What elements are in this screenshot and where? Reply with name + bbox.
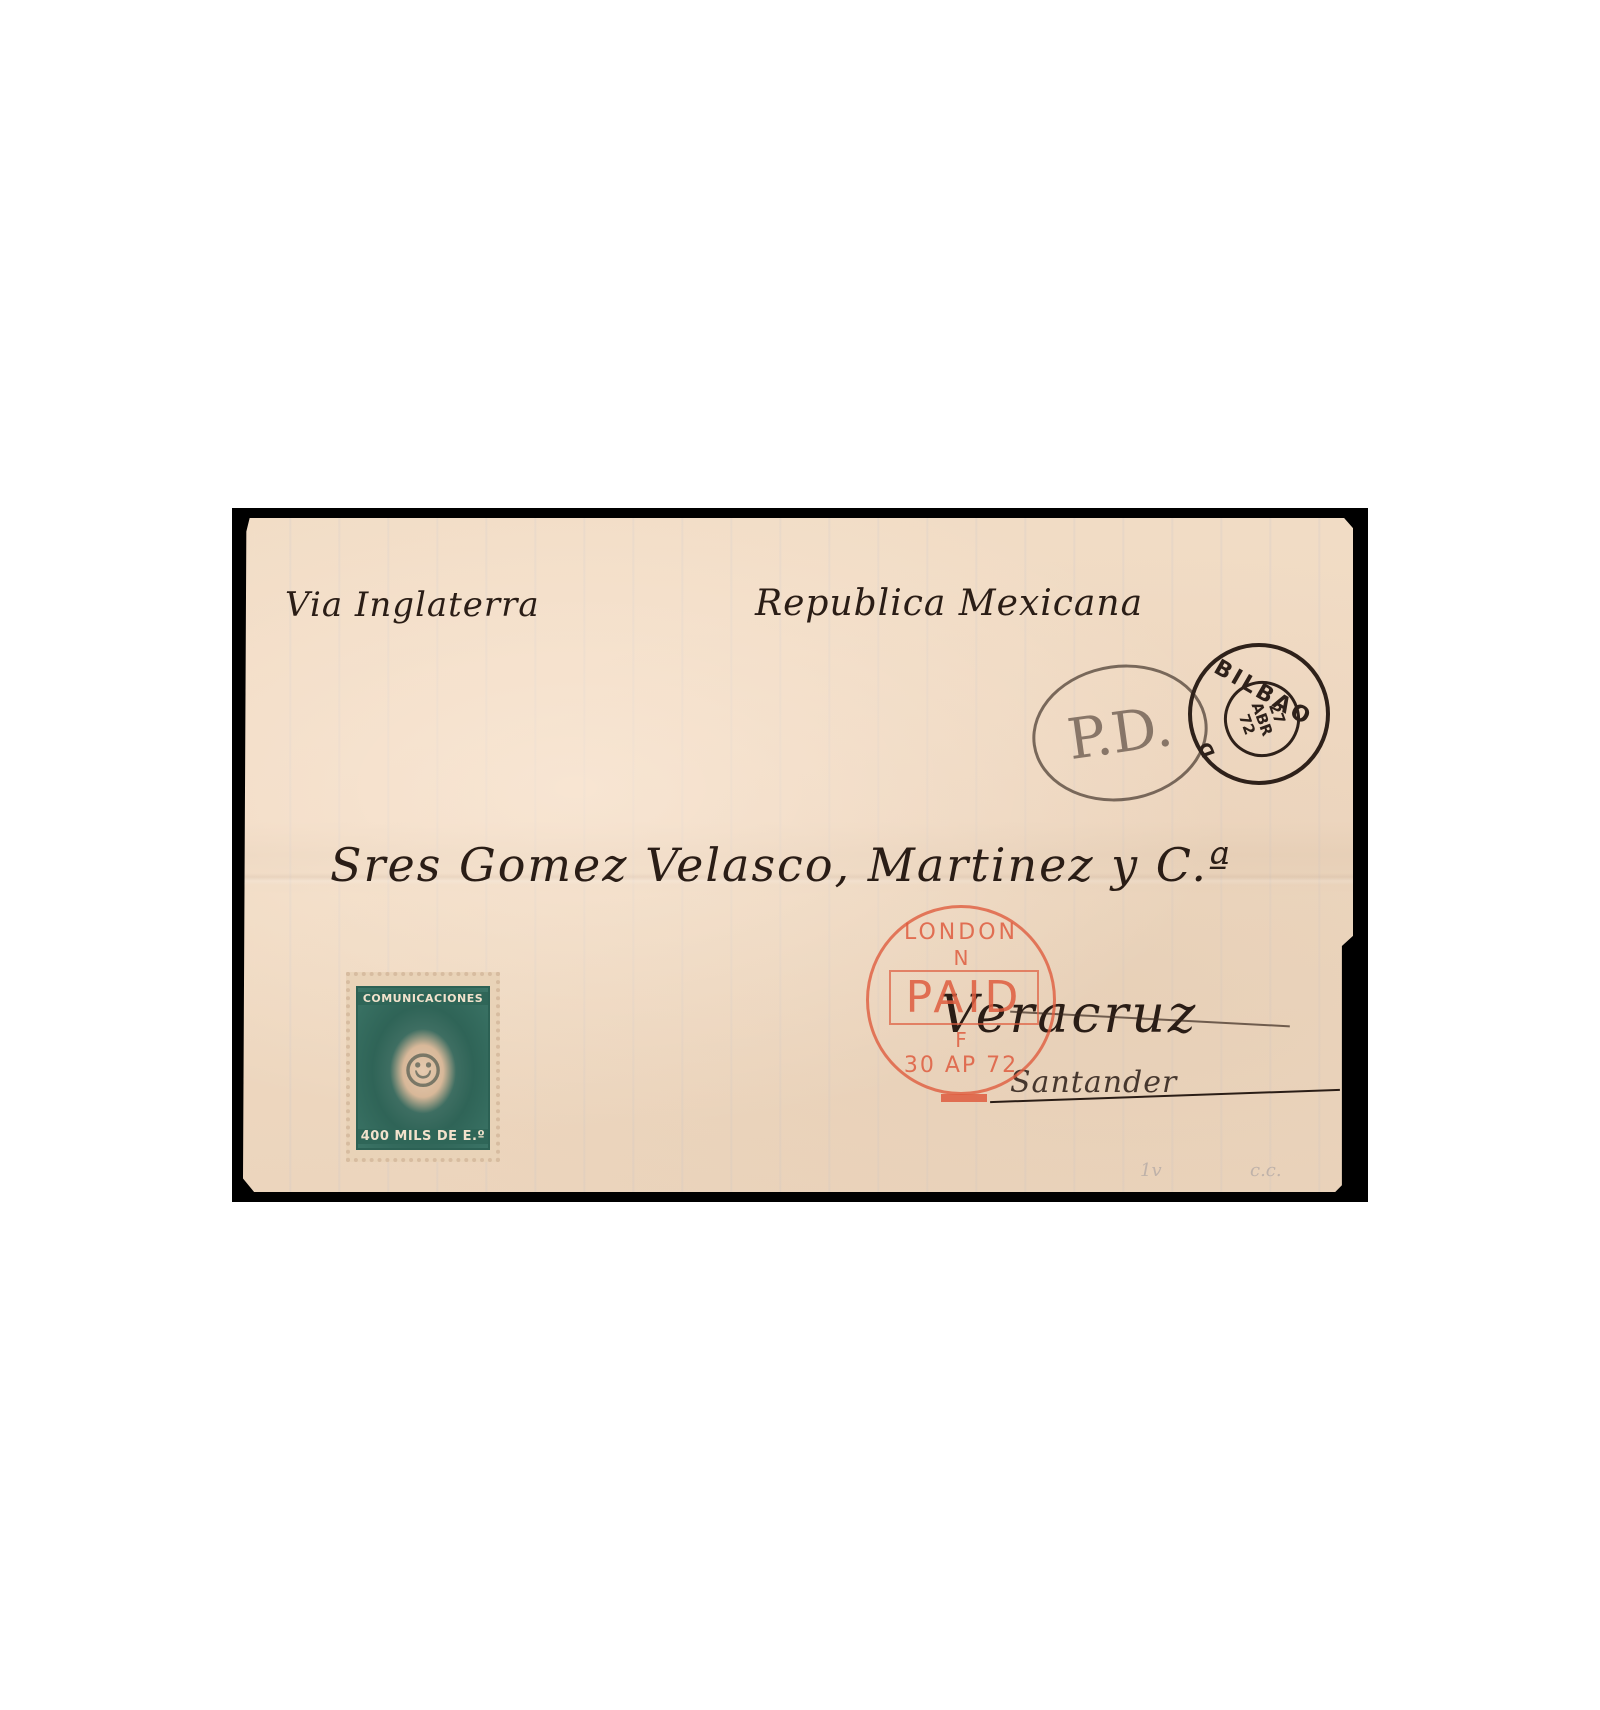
stamp-design: COMUNICACIONES ☺ 400 MILS DE E.º	[356, 986, 490, 1150]
stamp-value-text: 400 MILS DE E.º	[358, 1129, 488, 1144]
london-top-letter: N	[869, 946, 1053, 970]
stamp-top-text: COMUNICACIONES	[358, 992, 488, 1005]
destination-country: Republica Mexicana	[755, 583, 1143, 624]
routing-note: Via Inglaterra	[285, 585, 540, 625]
london-paid-box: PAID	[889, 970, 1039, 1025]
bilbao-datestamp: BILBAO 27 ABR 72 D	[1188, 643, 1330, 785]
pd-postmark-text: P.D.	[1064, 694, 1177, 773]
london-stamp-base	[941, 1094, 987, 1102]
london-paid-postmark: LONDON N PAID F 30 AP 72	[866, 905, 1056, 1095]
london-date: 30 AP 72	[869, 1053, 1053, 1078]
london-town: LONDON	[869, 920, 1053, 945]
allegory-head-icon: ☺	[402, 1044, 443, 1098]
postage-stamp: COMUNICACIONES ☺ 400 MILS DE E.º	[346, 972, 500, 1162]
faint-pencil-mark: c.c.	[1250, 1160, 1282, 1181]
bilbao-letter: D	[1195, 739, 1220, 760]
addressee-name: Sres Gomez Velasco, Martinez y C.ª	[330, 838, 1232, 892]
faint-pencil-mark: 1v	[1140, 1160, 1162, 1181]
london-bottom-letter: F	[869, 1028, 1053, 1052]
